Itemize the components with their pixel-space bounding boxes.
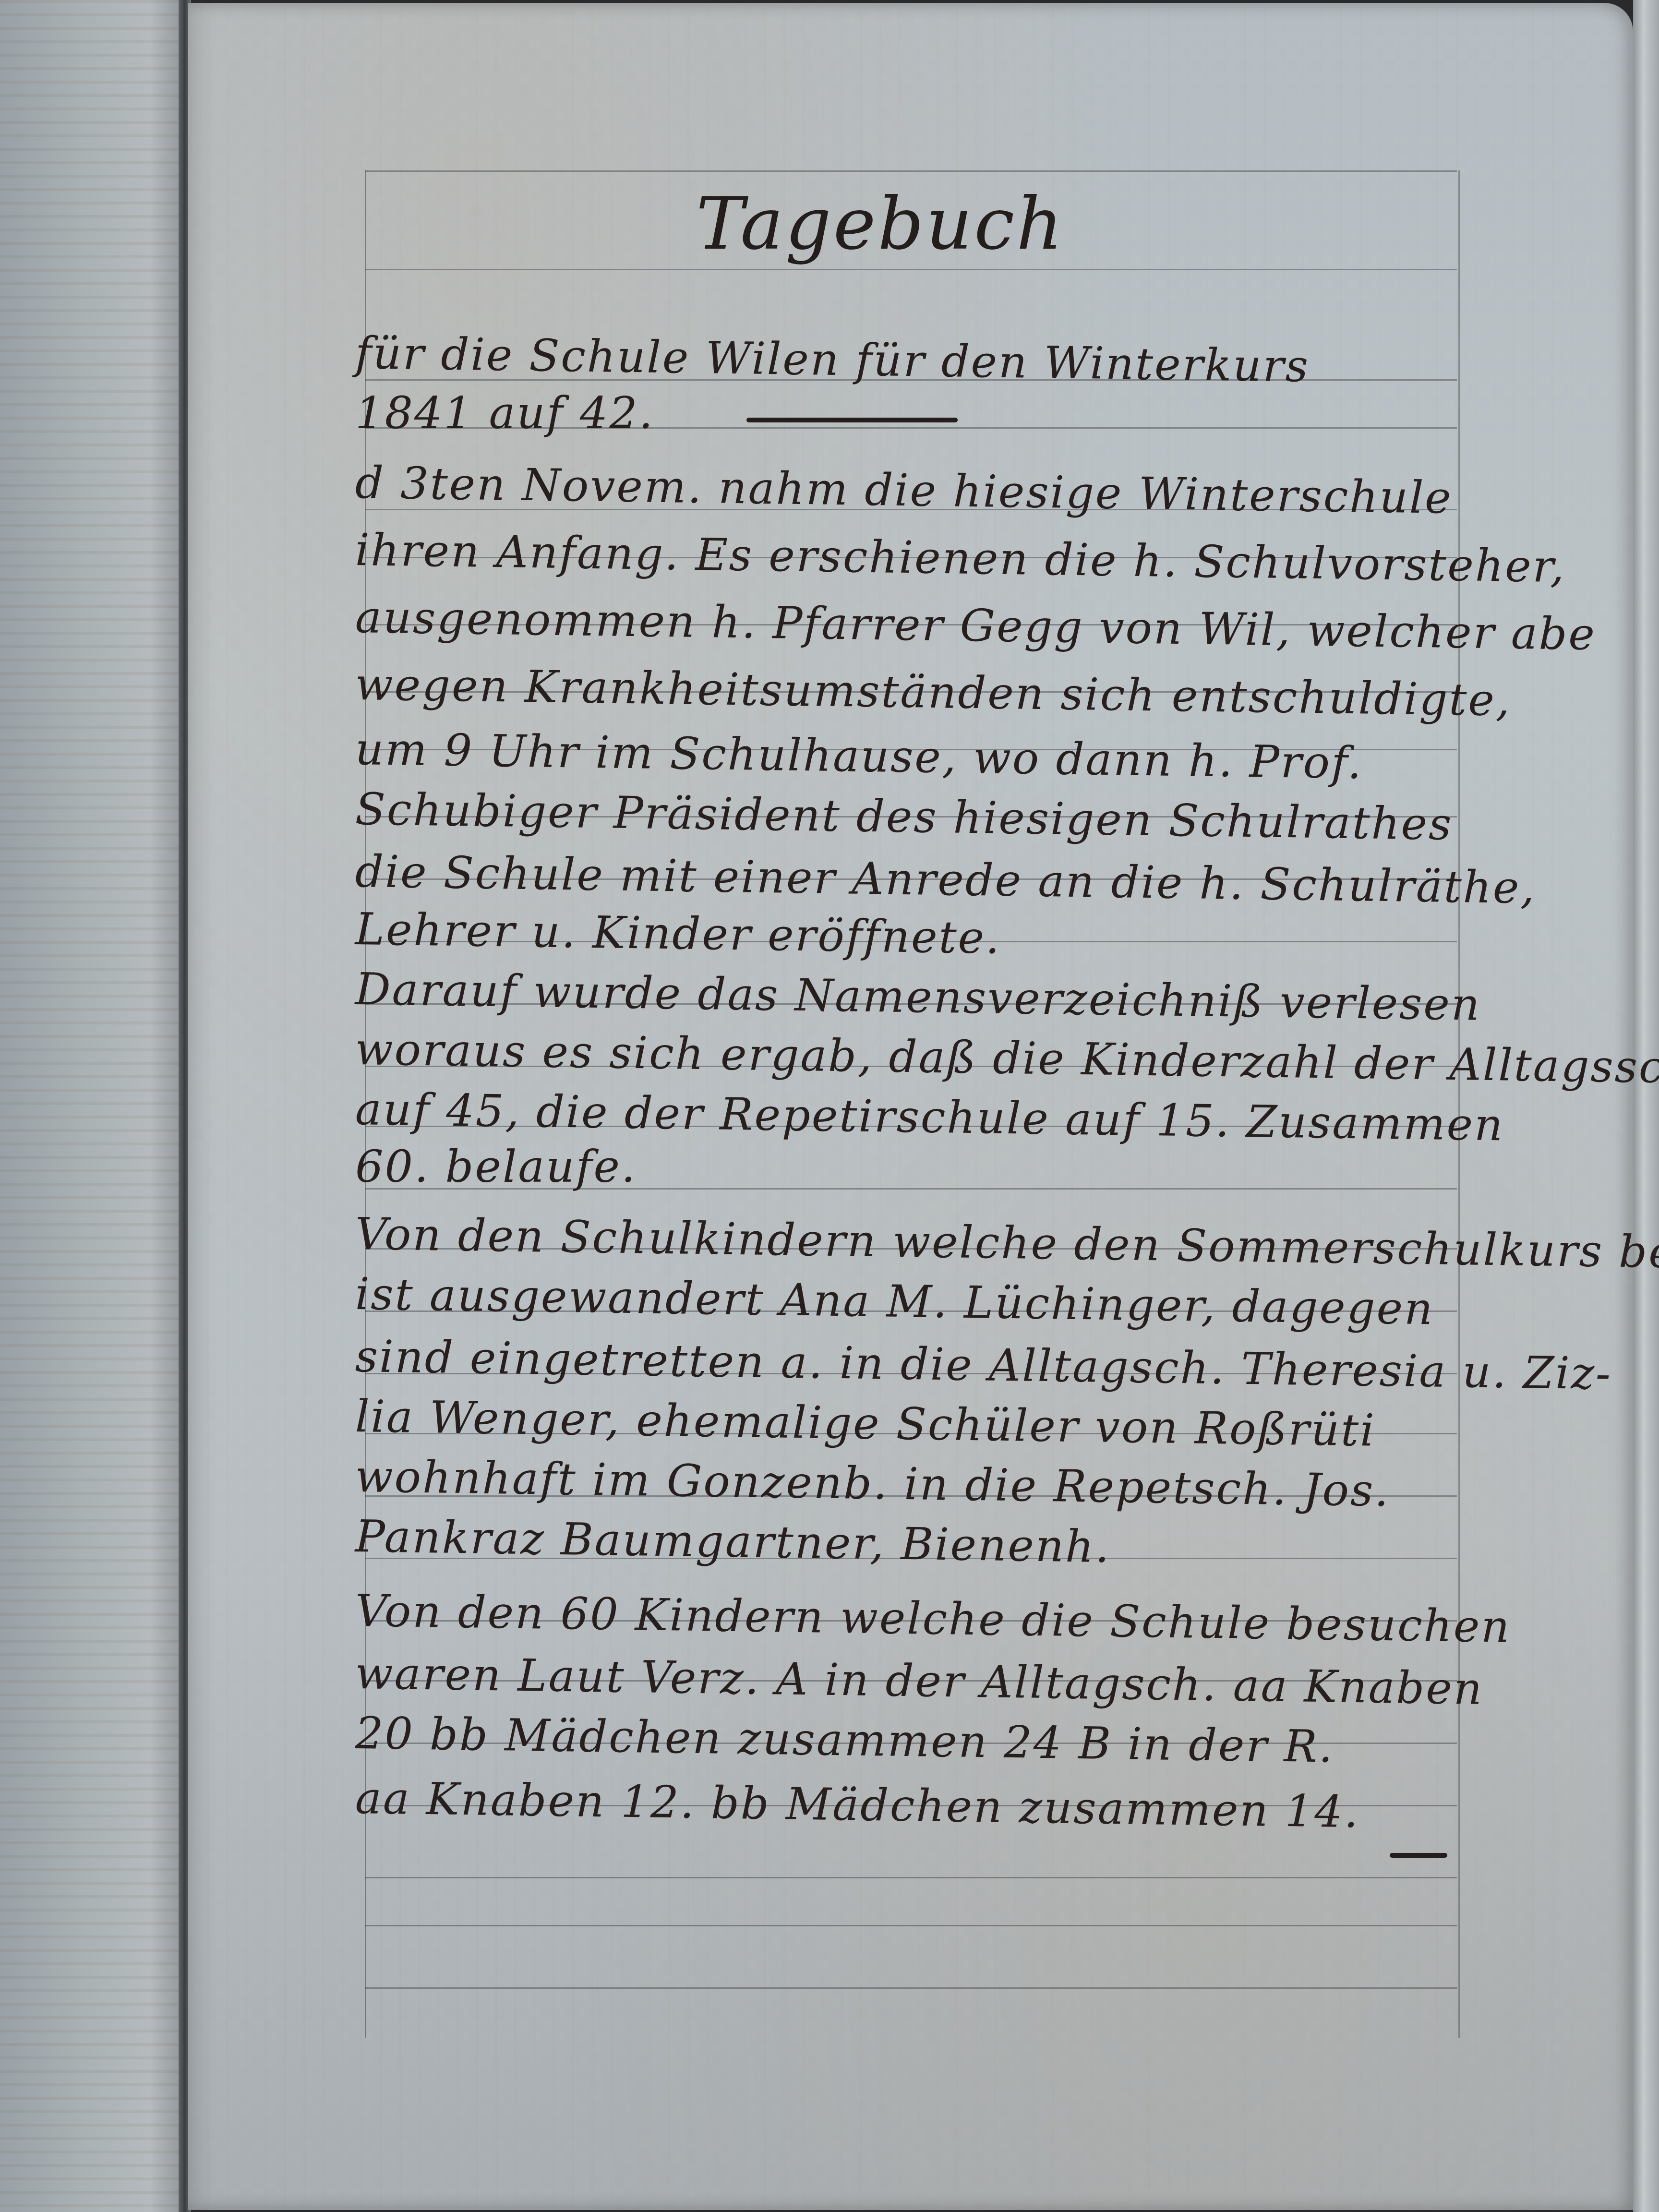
rule-line xyxy=(365,1925,1457,1926)
end-flourish xyxy=(1390,1853,1447,1858)
rule-line xyxy=(365,170,1457,172)
text-line: 1841 auf 42. xyxy=(355,391,1507,435)
underline-flourish xyxy=(746,418,958,422)
page-edge xyxy=(1633,0,1659,2212)
page-title: Tagebuch xyxy=(696,182,1032,266)
rule-line xyxy=(365,269,1457,270)
left-page xyxy=(0,0,187,2212)
rule-line xyxy=(365,1877,1457,1878)
rule-line xyxy=(365,1987,1457,1989)
text-line: 60. belaufe. xyxy=(355,1145,1507,1189)
